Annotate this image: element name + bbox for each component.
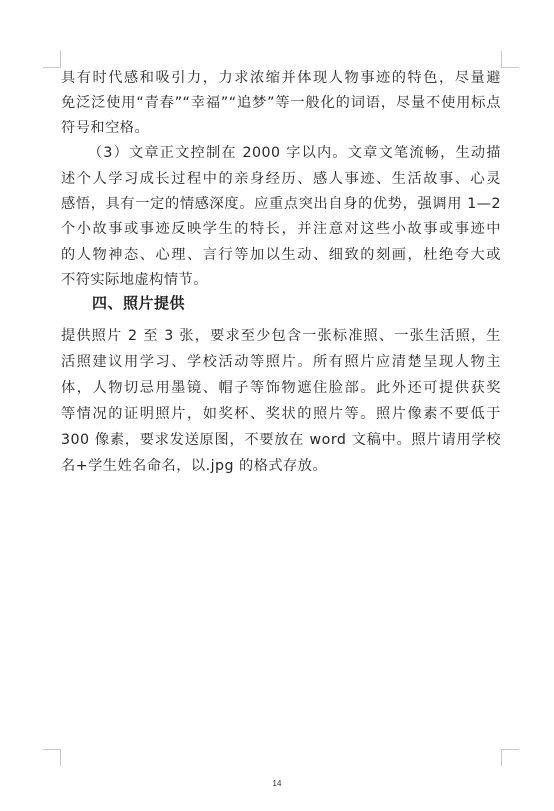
- page-number: 14: [0, 779, 554, 788]
- text-line: 具有时代感和吸引力，力求浓缩并体现人物事迹的特色，尽量避: [61, 66, 501, 91]
- text-line: 个小故事或事迹反映学生的特长，并注意对这些小故事或事迹中: [61, 217, 501, 242]
- text-line: 活照建议用学习、学校活动等照片。所有照片应清楚呈现人物主: [61, 350, 501, 375]
- margin-corner-mark-bottom-right: [501, 749, 519, 766]
- text-line: 的人物神态、心理、言行等加以生动、细致的刻画，杜绝夸大或: [61, 243, 501, 268]
- text-line: 名+学生姓名命名，以.jpg 的格式存放。: [61, 454, 327, 479]
- text-line: 等情况的证明照片，如奖杯、奖状的照片等。照片像素不要低于: [61, 402, 501, 427]
- text-line: 符号和空格。: [61, 116, 149, 141]
- text-line: 不符实际地虚构情节。: [61, 268, 208, 293]
- text-line: 免泛泛使用“青春”“幸福”“追梦”等一般化的词语，尽量不使用标点: [61, 91, 501, 116]
- text-line: 300 像素，要求发送原图，不要放在 word 文稿中。照片请用学校: [61, 428, 501, 453]
- margin-corner-mark-top-right: [501, 51, 519, 68]
- text-line: （3）文章正文控制在 2000 字以内。文章文笔流畅，生动描: [88, 141, 501, 166]
- margin-corner-mark-top-left: [43, 51, 61, 68]
- document-page: 具有时代感和吸引力，力求浓缩并体现人物事迹的特色，尽量避 免泛泛使用“青春”“幸…: [0, 0, 554, 811]
- margin-corner-mark-bottom-left: [43, 749, 61, 766]
- section-heading: 四、照片提供: [92, 291, 185, 316]
- text-line: 体，人物切忌用墨镜、帽子等饰物遮住脸部。此外还可提供获奖: [61, 376, 501, 401]
- text-line: 述个人学习成长过程中的亲身经历、感人事迹、生活故事、心灵: [61, 167, 501, 192]
- text-line: 感悟，具有一定的情感深度。应重点突出自身的优势，强调用 1—2: [61, 192, 501, 217]
- text-line: 提供照片 2 至 3 张，要求至少包含一张标准照、一张生活照，生: [61, 324, 501, 349]
